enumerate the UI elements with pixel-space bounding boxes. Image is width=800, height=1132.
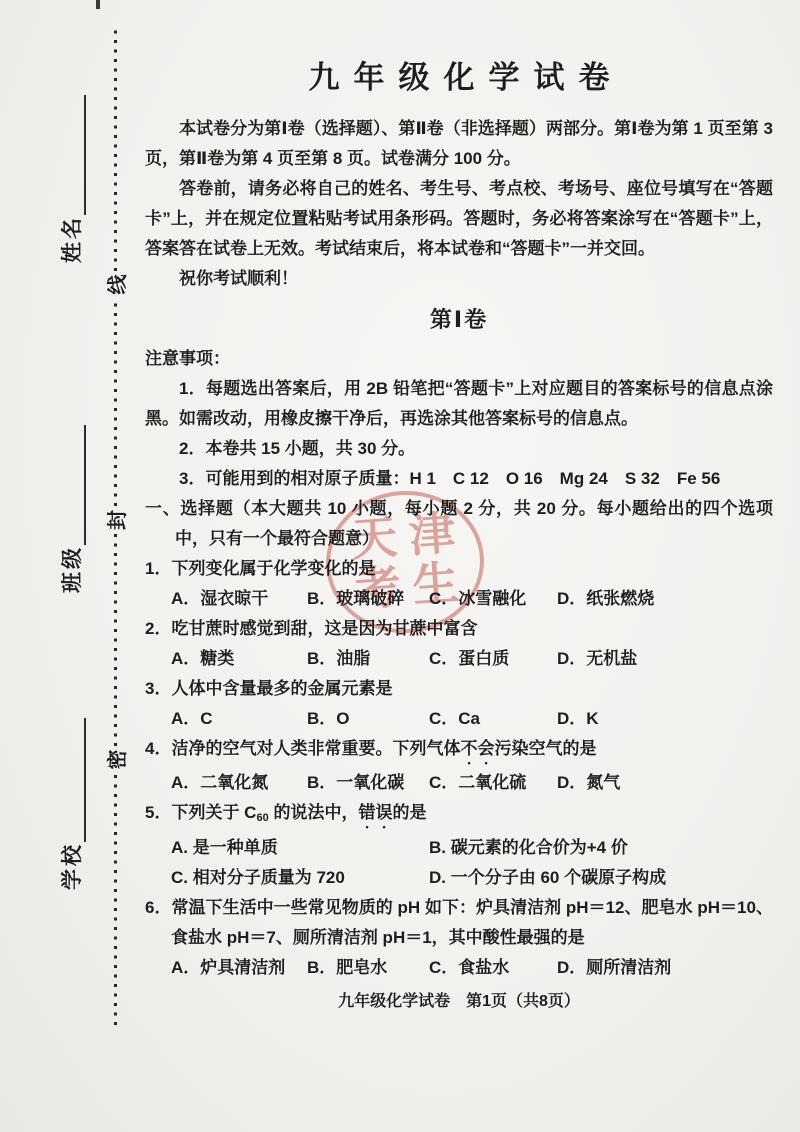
question-4: 4．洁净的空气对人类非常重要。下列气体不会污染空气的是 A．二氧化氮 B．一氧化… xyxy=(145,734,773,798)
option-b: B．O xyxy=(307,704,429,734)
seal-dotted-line: 密 封 线 xyxy=(103,25,127,1025)
question-4-options: A．二氧化氮 B．一氧化碳 C．二氧化硫 D．氮气 xyxy=(145,768,773,798)
question-4-stem: 4．洁净的空气对人类非常重要。下列气体不会污染空气的是 xyxy=(145,734,773,768)
seal-dots xyxy=(114,534,117,746)
option-a: A．C xyxy=(171,704,307,734)
school-field-label: 学校 xyxy=(60,842,86,890)
question-2-options: A．糖类 B．油脂 C．蛋白质 D．无机盐 xyxy=(145,644,773,674)
option-d: D．无机盐 xyxy=(557,644,773,674)
option-a: A．炉具清洁剂 xyxy=(171,953,307,983)
option-d: D. 一个分子由 60 个碳原子构成 xyxy=(429,863,773,893)
note-2: 2．本卷共 15 小题，共 30 分。 xyxy=(145,434,773,464)
seal-char-xian: 线 xyxy=(101,271,130,299)
question-3-stem: 3．人体中含量最多的金属元素是 xyxy=(145,674,773,704)
intro-paragraph-instructions: 答卷前，请务必将自己的姓名、考生号、考点校、考场号、座位号填写在“答题卡”上，并… xyxy=(145,174,773,264)
binding-margin-fields: 学校 班级 姓名 xyxy=(56,90,86,890)
name-blank-line xyxy=(64,95,86,215)
option-c: C．食盐水 xyxy=(429,953,557,983)
option-c: C．蛋白质 xyxy=(429,644,557,674)
option-a: A．湿衣晾干 xyxy=(171,584,307,614)
option-d: D．厕所清洁剂 xyxy=(557,953,773,983)
seal-dots xyxy=(114,25,117,271)
note-1: 1．每题选出答案后，用 2B 铅笔把“答题卡”上对应题目的答案标号的信息点涂黑。… xyxy=(145,374,773,434)
scan-corner-mark xyxy=(96,0,100,9)
option-c: C．Ca xyxy=(429,704,557,734)
option-b: B．一氧化碳 xyxy=(307,768,429,798)
option-b: B．油脂 xyxy=(307,644,429,674)
page-footer: 九年级化学试卷 第1页（共8页） xyxy=(145,987,773,1017)
question-5: 5．下列关于 C60 的说法中，错误的是 A. 是一种单质 B. 碳元素的化合价… xyxy=(145,798,773,893)
option-d: D．K xyxy=(557,704,773,734)
option-a: A. 是一种单质 xyxy=(171,833,429,863)
option-c: C．二氧化硫 xyxy=(429,768,557,798)
volume-1-heading: 第Ⅰ卷 xyxy=(145,304,773,336)
question-2: 2．吃甘蔗时感觉到甜，这是因为甘蔗中富含 A．糖类 B．油脂 C．蛋白质 D．无… xyxy=(145,614,773,674)
exam-paper-page: 密 封 线 学校 班级 姓名 九年级化学试卷 本试卷分为第Ⅰ卷（选择题）、第Ⅱ卷… xyxy=(0,0,800,1132)
class-blank-line xyxy=(64,425,86,545)
question-5-options: A. 是一种单质 B. 碳元素的化合价为+4 价 C. 相对分子质量为 720 … xyxy=(145,833,773,893)
option-d: D．氮气 xyxy=(557,768,773,798)
notes-title: 注意事项： xyxy=(145,344,773,374)
question-2-stem: 2．吃甘蔗时感觉到甜，这是因为甘蔗中富含 xyxy=(145,614,773,644)
intro-good-luck: 祝你考试顺利！ xyxy=(145,264,773,294)
page-title: 九年级化学试卷 xyxy=(145,58,773,98)
option-b: B．肥皂水 xyxy=(307,953,429,983)
question-3: 3．人体中含量最多的金属元素是 A．C B．O C．Ca D．K xyxy=(145,674,773,734)
option-d: D．纸张燃烧 xyxy=(557,584,773,614)
seal-char-mi: 密 xyxy=(101,746,130,774)
option-a: A．二氧化氮 xyxy=(171,768,307,798)
seal-dots xyxy=(114,774,117,1026)
class-field-label: 班级 xyxy=(60,545,86,593)
note-3-atomic-masses: 3．可能用到的相对原子质量：H 1 C 12 O 16 Mg 24 S 32 F… xyxy=(145,464,773,494)
seal-dots xyxy=(114,298,117,506)
name-field-label: 姓名 xyxy=(60,215,86,263)
watermark-line-2: 考生 xyxy=(341,558,472,616)
intro-paragraph-structure: 本试卷分为第Ⅰ卷（选择题）、第Ⅱ卷（非选择题）两部分。第Ⅰ卷为第 1 页至第 3… xyxy=(145,114,773,174)
question-6: 6．常温下生活中一些常见物质的 pH 如下：炉具清洁剂 pH＝12、肥皂水 pH… xyxy=(145,893,773,983)
option-b: B. 碳元素的化合价为+4 价 xyxy=(429,833,773,863)
option-c: C. 相对分子质量为 720 xyxy=(171,863,429,893)
school-blank-line xyxy=(64,718,86,842)
question-6-options: A．炉具清洁剂 B．肥皂水 C．食盐水 D．厕所清洁剂 xyxy=(145,953,773,983)
option-a: A．糖类 xyxy=(171,644,307,674)
question-6-stem: 6．常温下生活中一些常见物质的 pH 如下：炉具清洁剂 pH＝12、肥皂水 pH… xyxy=(145,893,773,953)
seal-char-feng: 封 xyxy=(101,506,130,534)
question-3-options: A．C B．O C．Ca D．K xyxy=(145,704,773,734)
question-5-stem: 5．下列关于 C60 的说法中，错误的是 xyxy=(145,798,773,833)
